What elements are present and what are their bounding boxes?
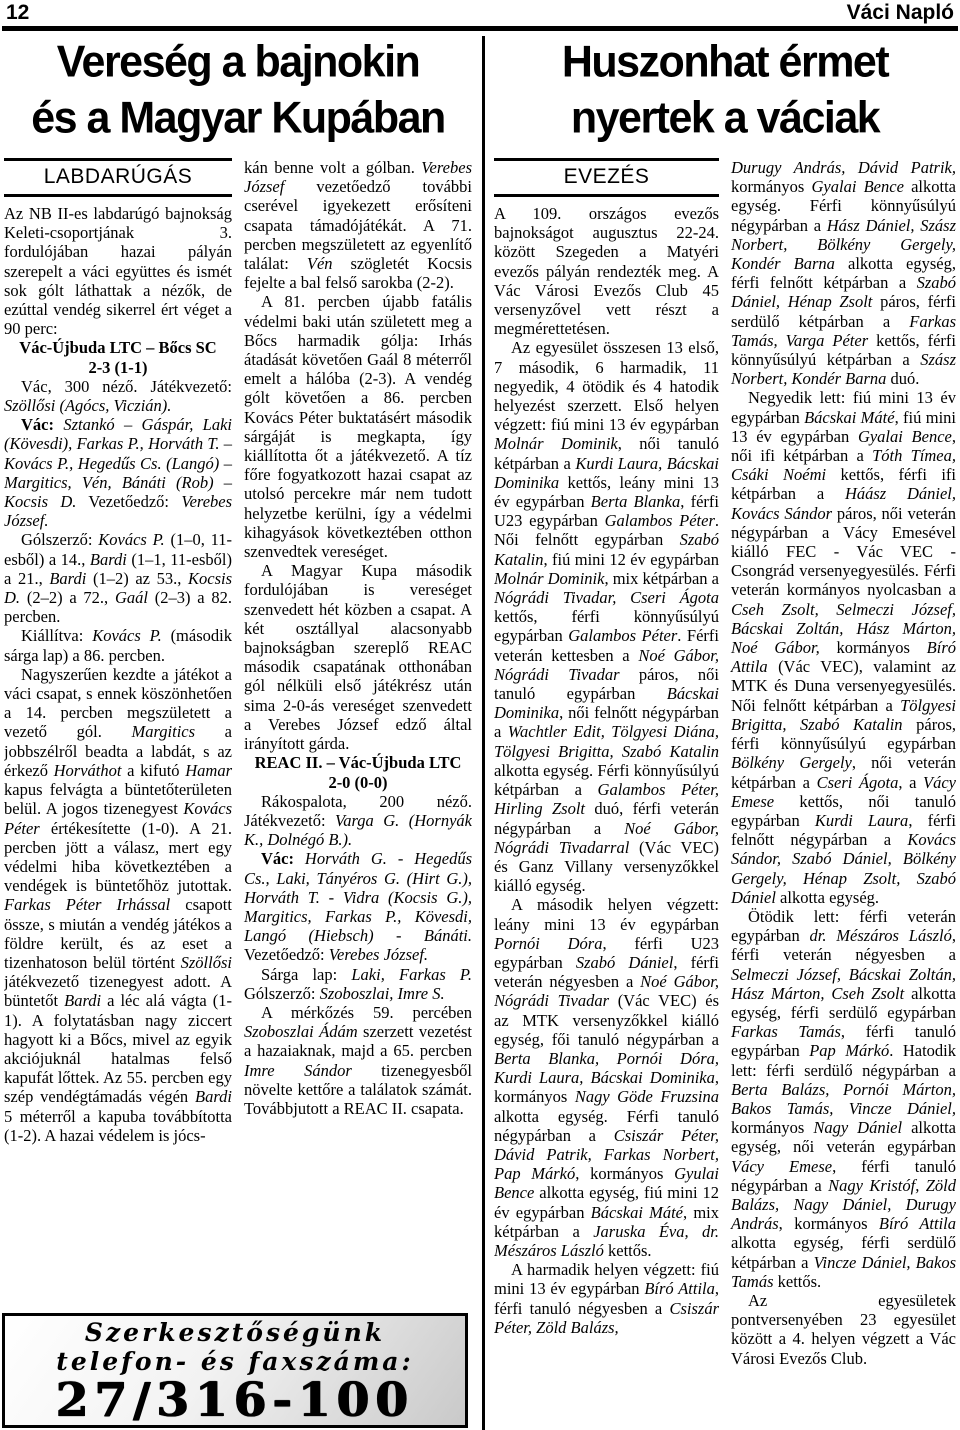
newspaper-page: 12 Váci Napló Vereség a bajnokin és a Ma… — [0, 0, 960, 1430]
football-column-1-text: Az NB II-es labdarúgó bajnokság Keleti-c… — [4, 204, 232, 1145]
paragraph: Vác-Újbuda LTC – Bőcs SC2-3 (1-1) — [4, 338, 232, 376]
paragraph: Sárga lap: Laki, Farkas P. Gólszerző: Sz… — [244, 965, 472, 1003]
paragraph: Rákospalota, 200 néző. Játékvezető: Varg… — [244, 792, 472, 850]
ad-phone-number: 27/316-100 — [5, 1376, 465, 1426]
section-header-rowing: EVEZÉS — [494, 158, 719, 197]
paragraph: Durugy András, Dávid Patrik, kormányos G… — [731, 158, 956, 388]
football-column-1: LABDARÚGÁS Az NB II-es labdarúgó bajnoks… — [4, 158, 232, 1308]
rowing-columns: EVEZÉS A 109. országos evezős bajnokságo… — [494, 158, 956, 1420]
rowing-headline-line2: nyertek a váciak — [494, 90, 956, 146]
rowing-column-1: EVEZÉS A 109. országos evezős bajnokságo… — [494, 158, 719, 1420]
paragraph: Vác: Sztankó – Gáspár, Laki (Kövesdi), F… — [4, 415, 232, 530]
football-article: Vereség a bajnokin és a Magyar Kupában L… — [4, 34, 472, 1308]
football-headline-line1: Vereség a bajnokin — [4, 34, 472, 90]
football-headline-line2: és a Magyar Kupában — [4, 90, 472, 146]
section-header-football: LABDARÚGÁS — [4, 158, 232, 197]
paragraph: A 81. percben újabb fatális védelmi baki… — [244, 292, 472, 561]
paper-name: Váci Napló — [847, 1, 954, 25]
masthead: 12 Váci Napló — [0, 0, 960, 25]
paragraph: Az egyesület összesen 13 első, 7 második… — [494, 338, 719, 895]
paragraph: REAC II. – Vác-Újbuda LTC2-0 (0-0) — [244, 753, 472, 791]
football-headline: Vereség a bajnokin és a Magyar Kupában — [4, 34, 472, 146]
article-divider-rule — [482, 36, 485, 1430]
paragraph: A harmadik helyen végzett: fiú mini 13 é… — [494, 1260, 719, 1337]
editorial-phone-ad: Szerkesztőségünk telefon- és faxszáma: 2… — [2, 1313, 468, 1428]
paragraph: Kiállítva: Kovács P. (második sárga lap)… — [4, 626, 232, 664]
masthead-rule — [2, 26, 958, 31]
paragraph: A Magyar Kupa második fordulójában is ve… — [244, 561, 472, 753]
paragraph: Negyedik lett: fiú mini 13 év egypárban … — [731, 388, 956, 906]
rowing-headline: Huszonhat érmet nyertek a váciak — [494, 34, 956, 146]
rowing-article: Huszonhat érmet nyertek a váciak EVEZÉS … — [494, 34, 956, 1420]
rowing-column-2: Durugy András, Dávid Patrik, kormányos G… — [731, 158, 956, 1420]
paragraph: A 109. országos evezős bajnokságot augus… — [494, 204, 719, 338]
paragraph: Gólszerző: Kovács P. (1–0, 11-esből) a 1… — [4, 530, 232, 626]
football-column-2: kán benne volt a gólban. Verebes József … — [244, 158, 472, 1308]
paragraph: Ötödik lett: férfi veterán egypárban dr.… — [731, 907, 956, 1291]
page-number: 12 — [6, 1, 29, 25]
paragraph: kán benne volt a gólban. Verebes József … — [244, 158, 472, 292]
paragraph: Nagyszerűen kezdte a játékot a váci csap… — [4, 665, 232, 1145]
paragraph: A mérkőzés 59. percében Szoboszlai Ádám … — [244, 1003, 472, 1118]
football-columns: LABDARÚGÁS Az NB II-es labdarúgó bajnoks… — [4, 158, 472, 1308]
paragraph: Az NB II-es labdarúgó bajnokság Keleti-c… — [4, 204, 232, 338]
paragraph: Vác, 300 néző. Játékvezető: Szöllősi (Ag… — [4, 377, 232, 415]
rowing-column-1-text: A 109. országos evezős bajnokságot augus… — [494, 204, 719, 1337]
ad-line-1: Szerkesztőségünk — [5, 1318, 465, 1347]
paragraph: A második helyen végzett: leány mini 13 … — [494, 895, 719, 1260]
ad-line-2: telefon- és faxszáma: — [5, 1347, 465, 1376]
paragraph: Az egyesületek pontversenyében 23 egyesü… — [731, 1291, 956, 1368]
rowing-headline-line1: Huszonhat érmet — [494, 34, 956, 90]
paragraph: Vác: Horváth G. - Hegedűs Cs., Laki, Tán… — [244, 849, 472, 964]
